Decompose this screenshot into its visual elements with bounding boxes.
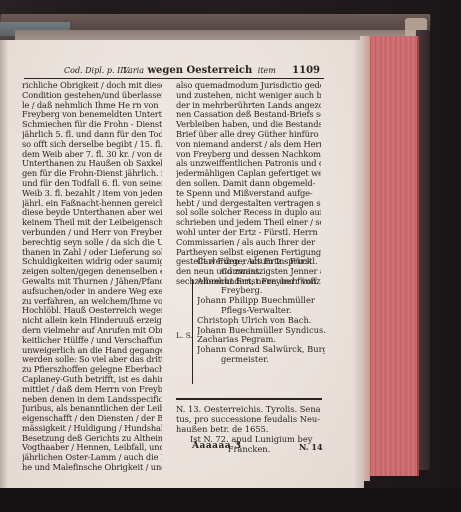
text-line: zu verfahren, an welchem/Ihme von deß [22, 297, 162, 307]
entry-line: haußen betr. de 1655. [176, 424, 322, 434]
text-line: verbunden / und Herr von Freyberg [22, 228, 162, 238]
text-line: Caplaney-Guth betrifft, ist es dahin ver… [22, 375, 162, 385]
text-line: jährlichen Oster-Lamm / auch die Ho- [22, 453, 162, 463]
text-line: Hochlöbl. Hauß Oesterreich wegen [22, 306, 162, 316]
text-line: Besetzung deß Gerichts zu Altheim / [22, 434, 162, 444]
signatory-line: Johann Buechmüller Syndicus. [197, 326, 325, 336]
text-line: zu Pfierszhoffen gelegne Eberbachische [22, 365, 162, 375]
text-line: neben denen in dem Landsspecificirten [22, 395, 162, 405]
running-head-italic: Varia [123, 66, 144, 75]
text-line: Partheyen selbst eigenen Fertigung zu- [176, 248, 321, 258]
text-line: Gewalts mit Thurnen / Jähen/Pfand [22, 277, 162, 287]
seal-label: L. S. [176, 331, 193, 341]
text-line: Freyberg von benemeldten Unterthanen zu [22, 110, 162, 120]
running-head: Cod. Dipl. p. III. Varia wegen Oesterrei… [24, 64, 324, 79]
text-line: keinem Theil mit der Leibeigenschafft [22, 218, 162, 228]
entry-line: tus, pro successione feudalis Neu- [176, 414, 322, 424]
text-line: der in mehrberührten Lands angezoge- [176, 101, 321, 111]
right-column: also quemadmodum Jurisdictio gedeyhenund… [176, 81, 321, 287]
running-head-main: wegen Oesterreich [147, 65, 252, 76]
text-line: den sollen. Damit dann obgemeld- [176, 179, 321, 189]
text-line: eigenschafft / den Diensten / der Bott- [22, 414, 162, 424]
text-line: nen Cassation deß Bestand-Briefs sein [176, 110, 321, 120]
text-line: Juribus, als benanntlichen der Leib- [22, 404, 162, 414]
text-line: Vogthaaber / Hennen, Leibfall, und [22, 443, 162, 453]
signatory-line: Johann Conrad Salwürck, Burg- [197, 345, 325, 355]
text-line: nicht allein kein Hinderuuß erzeigt / so… [22, 316, 162, 326]
text-line: Schuldigkeiten widrig oder saumig er- [22, 257, 162, 267]
text-line: schrieben und jedem Theil einer / so [176, 218, 321, 228]
text-line: mittlet / daß dem Herrn von Freyberg, [22, 385, 162, 395]
text-line: dem Weib aber 7. fl. 30 kr. / von dem [22, 150, 162, 160]
text-line: jedermähligen Caplan gefertiget wer- [176, 169, 321, 179]
signatory-line: germeister. [197, 355, 325, 365]
left-column: richliche Obrigkeit / doch mit dieserCon… [22, 81, 162, 473]
text-line: also quemadmodum Jurisdictio gedeyhen [176, 81, 321, 91]
bottom-shadow [0, 488, 461, 512]
page-right-edge [352, 40, 364, 495]
text-line: dern vielmehr auf Anrufen mit Obrig- [22, 326, 162, 336]
text-line: aufsuchen/oder in andere Weg execuirie [22, 287, 162, 297]
text-line: Schmiechen für die Frohn - Dienst [22, 120, 162, 130]
running-head-title: Varia wegen Oesterreich item [121, 64, 276, 78]
text-line: wohl unter der Ertz - Fürstl. Herrn [176, 228, 321, 238]
signatory-line: Albrecht Ernst Freyherr von [197, 277, 325, 287]
text-line: von Freyberg und dessen Nachkommen [176, 150, 321, 160]
text-line: Weib 3. fl. bezahlt / item von jedem [22, 189, 162, 199]
signatory-line: Zacharias Pegram. [197, 335, 325, 345]
text-line: unweigerlich an die Hand gegangen [22, 346, 162, 356]
text-line: Unterthanen zu Haußen ob Saxkelfin- [22, 159, 162, 169]
text-line: le / daß nehmlich Ihme He rn von [22, 101, 162, 111]
catchword: N. 14 [299, 442, 323, 452]
text-line: jährl. ein Faßnacht-hennen gereicht, [22, 199, 162, 209]
running-head-suffix: item [258, 66, 276, 75]
text-line: berechtig seyn solle / da sich die Unter… [22, 238, 162, 248]
signatory-line: Carl Fürger als Ertz - Fürstl. [197, 257, 325, 267]
text-line: so offt sich derselbe begibt / 15. fl. /… [22, 140, 162, 150]
text-line: he und Malefinsche Obrigkeit / und [22, 463, 162, 473]
text-line: als unzweiffentlichen Patronis und dem [176, 159, 321, 169]
book-fore-edge-red [362, 36, 419, 476]
signature-mark: Aaaaaa 3 [192, 441, 242, 451]
running-head-left: Cod. Dipl. p. III. [64, 64, 129, 78]
text-line: keitlicher Hülffe / und Verschaffung [22, 336, 162, 346]
entry-line: N. 13. Oesterreichis. Tyrolis. Sena [176, 404, 322, 414]
text-line: Commissarien / als auch Ihrer der [176, 238, 321, 248]
signatory-line: Commiss. [197, 267, 325, 277]
text-line: thanen in Zahl / oder Lieferung solcher [22, 248, 162, 258]
text-line: werden solle: So viel aber das dritte [22, 355, 162, 365]
page-number: 1109 [292, 64, 320, 78]
text-line: mässigkeit / Huldigung / Hundshalten [22, 424, 162, 434]
text-line: Brief über alle drey Güther hinfüro [176, 130, 321, 140]
text-line: von niemand anderst / als dem Herrn [176, 140, 321, 150]
text-line: sol solle solcher Recess in duplo außge- [176, 208, 321, 218]
text-line: hebt / und dergestalten vertragen seyn/ [176, 199, 321, 209]
signatory-line: Johann Philipp Buechmüller [197, 296, 325, 306]
section-divider [176, 398, 322, 400]
entry-heading: N. 13. Oesterreichis. Tyrolis. Senatus, … [176, 404, 322, 434]
text-line: und zustehen, nicht weniger auch bey- [176, 91, 321, 101]
text-line: Verbleiben haben, und die Bestands- [176, 120, 321, 130]
text-line: zeigen solten/gegen denenselben eignes [22, 267, 162, 277]
text-line: und für den Todfall 6. fl. von seinem [22, 179, 162, 189]
text-line: jährlich 5. fl. und dann für den Todfall… [22, 130, 162, 140]
signatories-list: Carl Fürger als Ertz - Fürstl.Commiss.Al… [197, 257, 325, 365]
text-line: Condition gestehen/und überlassen sol- [22, 91, 162, 101]
signatory-line: Christoph Ulrich von Bach. [197, 316, 325, 326]
text-line: gen für die Frohn-Dienst jährlich. fl. [22, 169, 162, 179]
signatory-line: Pflegs-Verwalter. [197, 306, 325, 316]
text-line: te Spenn und Mißverstand aufge- [176, 189, 321, 199]
signatory-line: Freyberg. [197, 286, 325, 296]
text-line: diese beyde Unterthanen aber weiters [22, 208, 162, 218]
text-line: richliche Obrigkeit / doch mit dieser [22, 81, 162, 91]
